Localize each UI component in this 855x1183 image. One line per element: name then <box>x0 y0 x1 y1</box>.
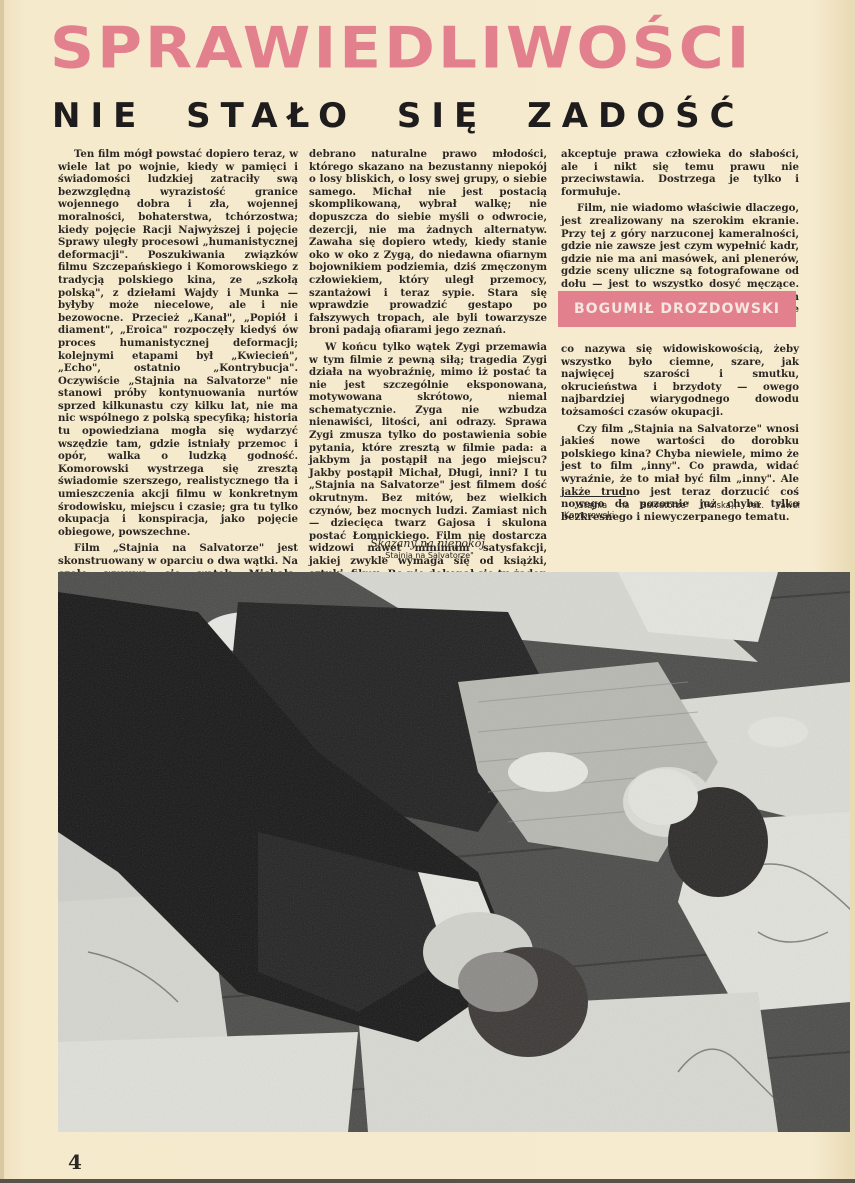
paragraph: co nazywa się widowiskowością, żeby wszy… <box>561 343 799 419</box>
footnote-divider <box>564 496 626 497</box>
caption-title: Skazany na niepokój <box>300 537 555 551</box>
article-column-1: Ten film mógł powstać dopiero teraz, w w… <box>58 148 298 635</box>
paragraph: Ten film mógł powstać dopiero teraz, w w… <box>58 148 298 538</box>
article-column-2: debrano naturalne prawo młodości, któreg… <box>309 148 547 635</box>
caption-subtitle: „Stajnia na Salvatorze" <box>300 551 555 561</box>
film-still-photo <box>58 572 850 1132</box>
paragraph: debrano naturalne prawo młodości, któreg… <box>309 148 547 337</box>
footnote: „Stajnia na Salvatorze" (Polska), reż. P… <box>564 500 800 520</box>
photo-caption: Skazany na niepokój „Stajnia na Salvator… <box>300 537 555 561</box>
page-edge <box>0 0 4 1183</box>
author-name: BOGUMIŁ DROZDOWSKI <box>574 301 780 317</box>
author-byline-box: BOGUMIŁ DROZDOWSKI <box>558 291 796 327</box>
paragraph: akceptuje prawa człowieka do słabości, a… <box>561 148 799 198</box>
magazine-page: SPRAWIEDLIWOŚCI NIE STAŁO SIĘ ZADOŚĆ Ten… <box>0 0 855 1183</box>
page-number: 4 <box>68 1150 82 1174</box>
headline-bottom: NIE STAŁO SIĘ ZADOŚĆ <box>52 96 797 136</box>
page-edge-bottom <box>0 1179 855 1183</box>
headline-top: SPRAWIEDLIWOŚCI <box>50 22 810 75</box>
film-still-image <box>58 572 850 1132</box>
